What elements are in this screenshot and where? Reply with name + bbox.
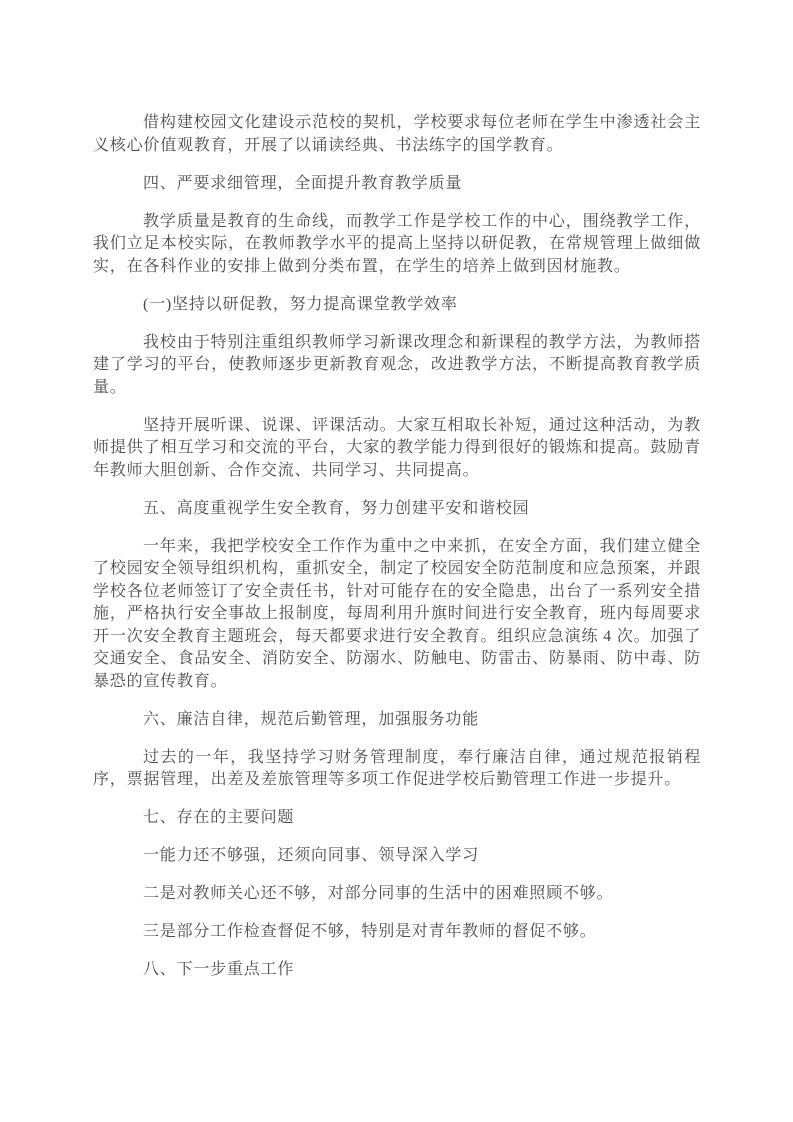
section-heading: 七、存在的主要问题: [93, 807, 701, 830]
paragraph: 坚持开展听课、说课、评课活动。大家互相取长补短，通过这种活动，为教师提供了相互学…: [93, 415, 701, 483]
paragraph: 一能力还不够强，还须向同事、领导深入学习: [93, 845, 701, 868]
section-heading: 八、下一步重点工作: [93, 959, 701, 982]
document-body: 借构建校园文化建设示范校的契机，学校要求每位老师在学生中渗透社会主义核心价值观教…: [93, 112, 701, 982]
paragraph: 三是部分工作检查督促不够，特别是对青年教师的督促不够。: [93, 921, 701, 944]
section-heading: 五、高度重视学生安全教育，努力创建平安和谐校园: [93, 498, 701, 521]
paragraph: 借构建校园文化建设示范校的契机，学校要求每位老师在学生中渗透社会主义核心价值观教…: [93, 112, 701, 157]
paragraph: 一年来，我把学校安全工作作为重中之中来抓，在安全方面，我们建立健全了校园安全领导…: [93, 536, 701, 694]
document-page: 借构建校园文化建设示范校的契机，学校要求每位老师在学生中渗透社会主义核心价值观教…: [0, 0, 793, 1122]
paragraph: 二是对教师关心还不够，对部分同事的生活中的困难照顾不够。: [93, 883, 701, 906]
section-heading: 四、严要求细管理，全面提升教育教学质量: [93, 173, 701, 196]
paragraph: 我校由于特别注重组织教师学习新课改理念和新课程的教学方法，为教师搭建了学习的平台…: [93, 332, 701, 400]
paragraph: 教学质量是教育的生命线，而教学工作是学校工作的中心，围绕教学工作，我们立足本校实…: [93, 211, 701, 279]
section-heading: 六、廉洁自律，规范后勤管理，加强服务功能: [93, 709, 701, 732]
section-heading: (一)坚持以研促教，努力提高课堂教学效率: [93, 294, 701, 317]
paragraph: 过去的一年，我坚持学习财务管理制度，奉行廉洁自律，通过规范报销程序，票据管理，出…: [93, 747, 701, 792]
